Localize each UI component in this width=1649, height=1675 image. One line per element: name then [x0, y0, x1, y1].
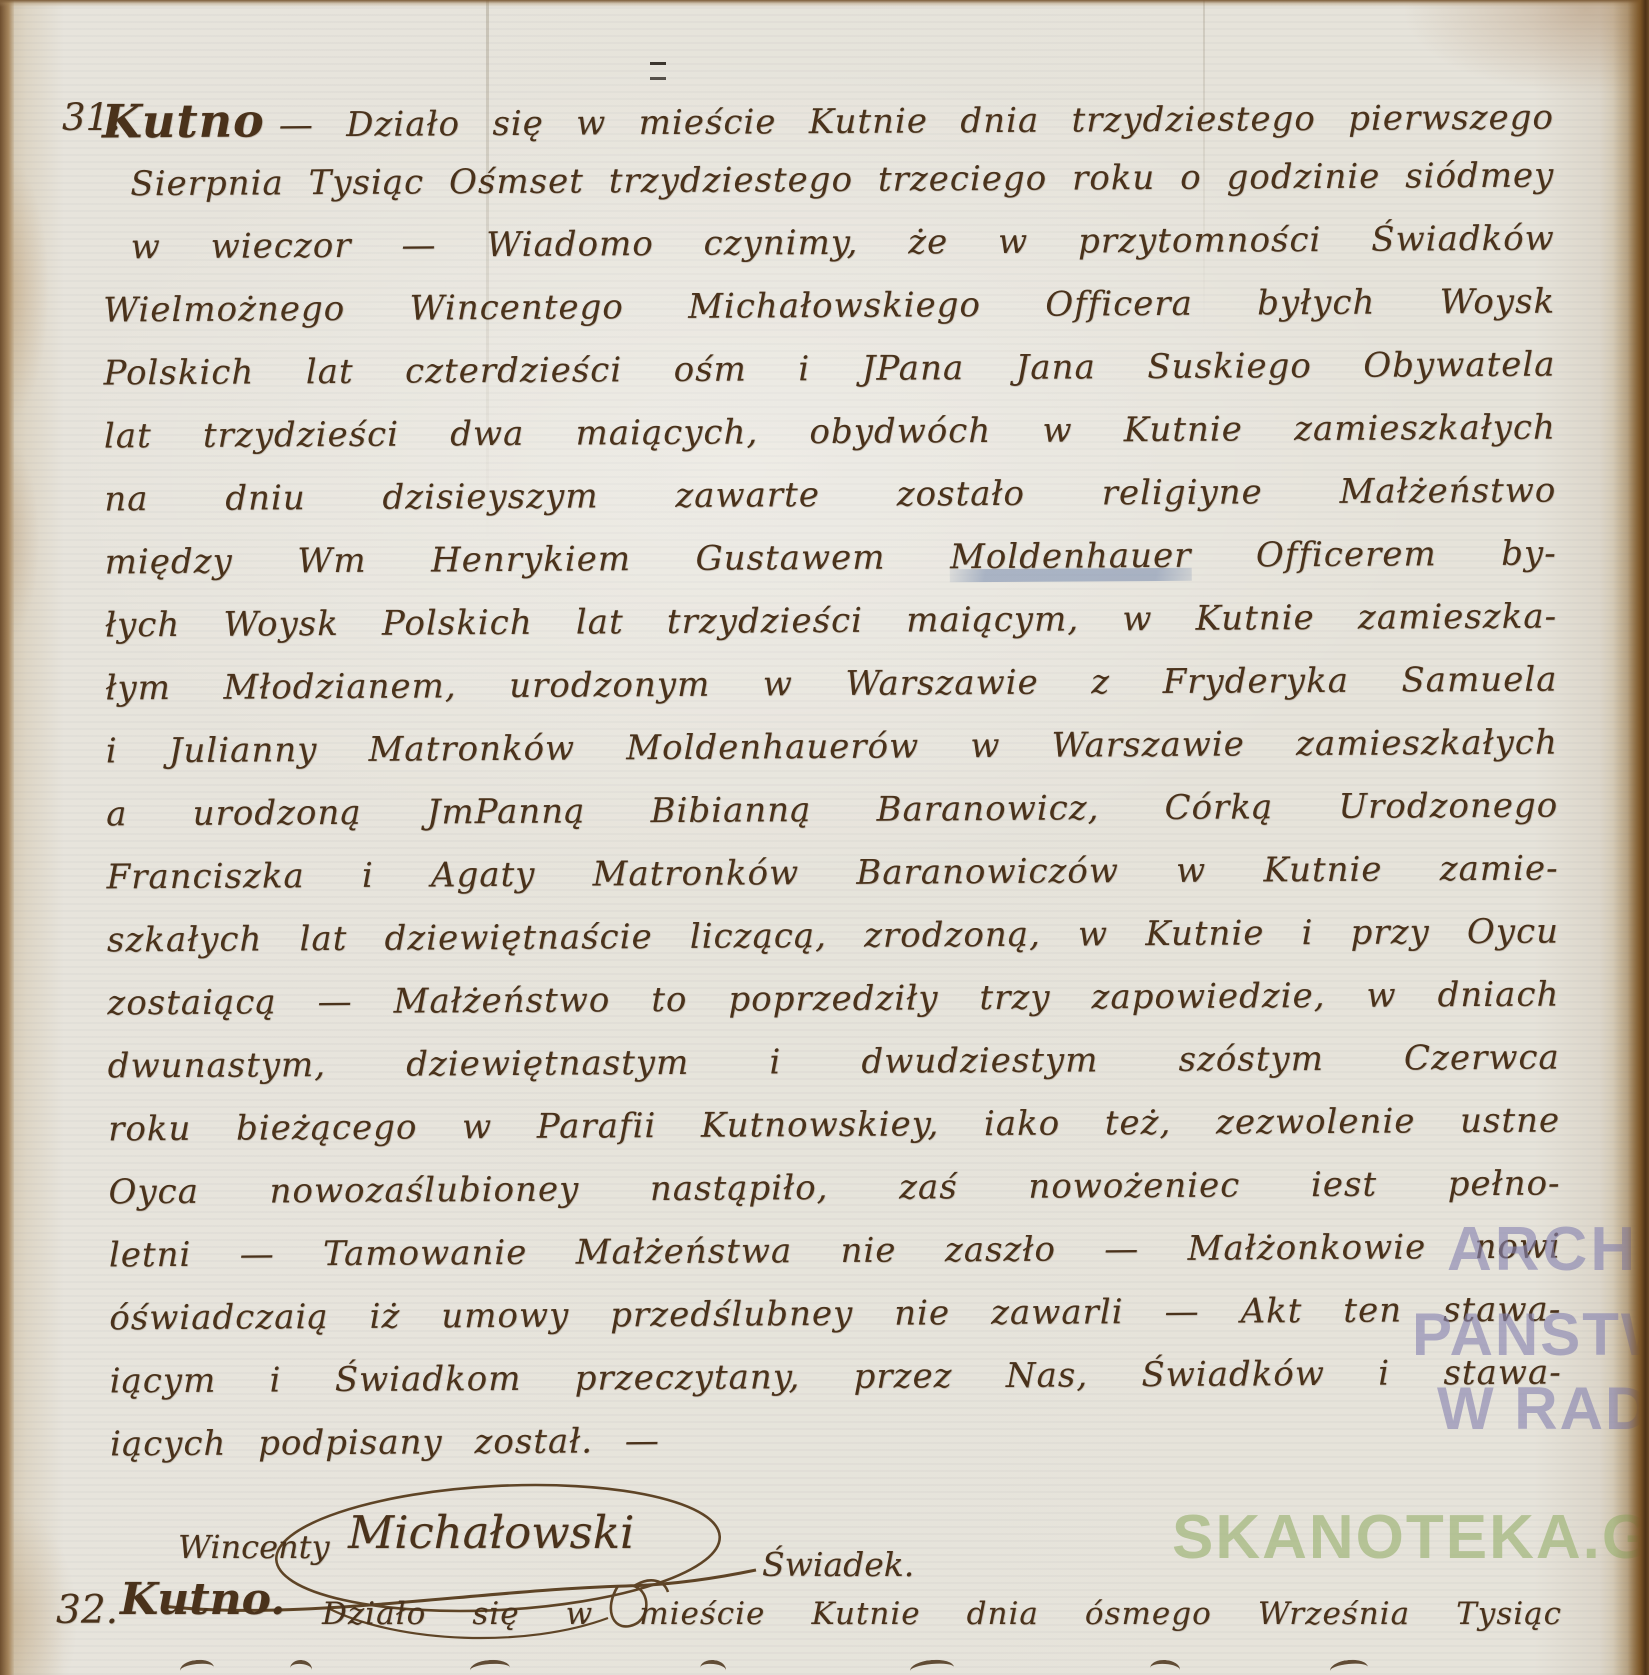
manuscript-line: letni — Tamowanie Małżeństwa nie zaszło … [109, 1216, 1561, 1288]
binding-shadow-right [1613, 0, 1649, 1675]
manuscript-line: dwunastym, dziewiętnastym i dwudziestym … [108, 1027, 1560, 1099]
entry-31-text: Kutno— Działo się w mieście Kutnie dnia … [102, 82, 1562, 1477]
watermark-skanoteka: SKANOTEKA.GE [1172, 1502, 1649, 1573]
signature-role: Świadek. [762, 1545, 914, 1584]
manuscript-line: Kutno— Działo się w mieście Kutnie dnia … [102, 82, 1554, 154]
manuscript-line: na dniu dzisieyszym zawarte zostało reli… [104, 460, 1556, 532]
ink-stroke [289, 1659, 312, 1675]
blue-pencil-underline: Moldenhauer [950, 536, 1192, 582]
manuscript-line: zostaiącą — Małżeństwo to poprzedziły tr… [107, 964, 1559, 1036]
manuscript-line: szkałych lat dziewiętnaście liczącą, zro… [107, 901, 1559, 973]
manuscript-line: Sierpnia Tysiąc Ośmset trzydziestego trz… [102, 145, 1554, 217]
entry-32-place: Kutno. [120, 1574, 285, 1625]
manuscript-line: iącym i Świadkom przeczytany, przez Nas,… [109, 1342, 1561, 1414]
ink-stroke [909, 1658, 954, 1675]
manuscript-line-moldenhauer: między Wm Henrykiem Gustawem Moldenhauer… [104, 523, 1556, 595]
entry-number-32: 32. [56, 1588, 118, 1633]
signature-surname: Michałowski [348, 1506, 634, 1559]
ink-stroke [1329, 1658, 1369, 1675]
ink-stroke [1149, 1659, 1180, 1675]
manuscript-line: Oyca nowozaślubioney nastąpiło, zaś nowo… [108, 1153, 1560, 1225]
ink-stroke [699, 1659, 727, 1675]
manuscript-line: Wielmożnego Wincentego Michałowskiego Of… [103, 271, 1555, 343]
manuscript-line: Polskich lat czterdzieści ośm i JPana Ja… [103, 334, 1555, 406]
page-edge-left [0, 0, 14, 1675]
signature-first-name: Wincenty [178, 1528, 330, 1566]
entry-32-first-line: Działo się w mieście Kutnie dnia ósmego … [322, 1596, 1562, 1632]
pencil-mark [650, 62, 666, 80]
ink-stroke [179, 1658, 215, 1675]
manuscript-page: 31. Kutno— Działo się w mieście Kutnie d… [0, 0, 1649, 1675]
partial-bottom-line [140, 1652, 1520, 1675]
manuscript-line: óświadczaią iż umowy przedślubney nie za… [109, 1279, 1561, 1351]
manuscript-line: w wieczor — Wiadomo czynimy, że w przyto… [103, 208, 1555, 280]
manuscript-line: lat trzydzieści dwa maiących, obydwóch w… [104, 397, 1556, 469]
manuscript-line: roku bieżącego w Parafii Kutnowskiey, ia… [108, 1090, 1560, 1162]
page-edge-top [0, 0, 1649, 7]
manuscript-line: Franciszka i Agaty Matronków Baranowiczó… [106, 838, 1558, 910]
entry-place-name: Kutno [102, 93, 265, 148]
manuscript-line: a urodzoną JmPanną Bibianną Baranowicz, … [106, 775, 1558, 847]
ink-stroke [469, 1659, 510, 1675]
manuscript-line: i Julianny Matronków Moldenhauerów w War… [106, 712, 1558, 784]
manuscript-line: łym Młodzianem, urodzonym w Warszawie z … [105, 649, 1557, 721]
manuscript-line: łych Woysk Polskich lat trzydzieści maią… [105, 586, 1557, 658]
